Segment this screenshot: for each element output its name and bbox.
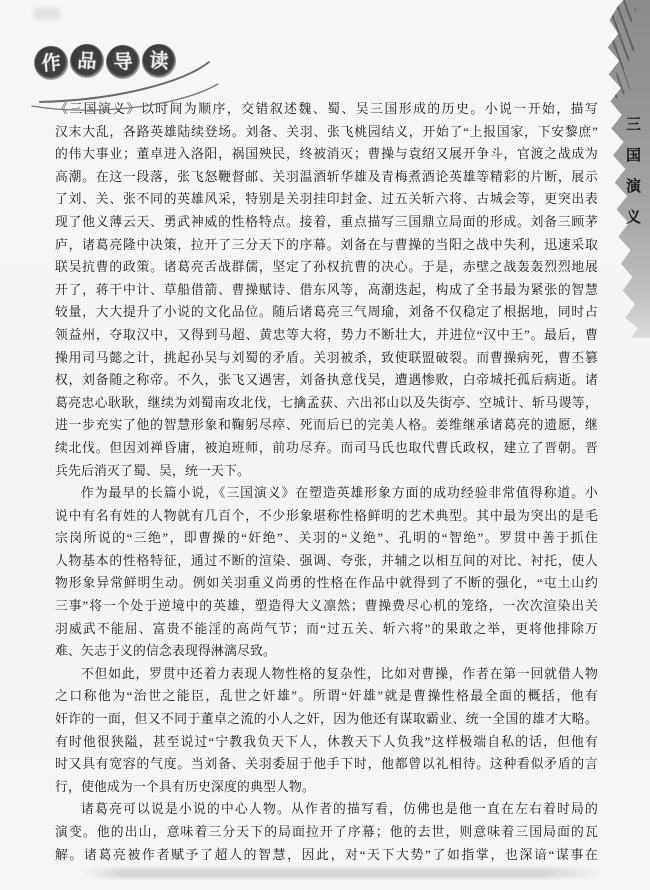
side-tab-book-title: 三国演义 <box>622 116 643 240</box>
text-line: 不但如此，罗贯中还着力表现人物性格的复杂性，比如对曹操，作者在第一回就借人物 <box>55 663 598 686</box>
book-page: 作品导读 《三国演义》以时间为顺序，交错叙述魏、蜀、吴三国形成的历史。小说一开始… <box>0 0 650 890</box>
text-line: 宗岗所说的“三绝”，即曹操的“奸绝”、关羽的“义绝”、孔明的“智绝”。罗贯中善于… <box>55 527 598 550</box>
text-line: 演变。他的出山，意味着三分天下的局面拉开了序幕；他的去世，则意味着三国局面的瓦 <box>55 821 598 844</box>
text-line: 庐，诸葛亮隆中决策，拉开了三分天下的序幕。刘备在与曹操的当阳之战中失利，迅速采取 <box>55 234 598 257</box>
text-line: 操用司马懿之计，挑起孙吴与刘蜀的矛盾。关羽被杀，致使联盟破裂。而曹操病死，曹丕篡 <box>55 347 598 370</box>
title-ink-blob: 作 <box>33 45 70 82</box>
title-char: 读 <box>149 51 169 71</box>
text-line: 领益州，夺取汉中，又得到马超、黄忠等大将，势力不断壮大，并进位“汉中王”。最后，… <box>55 324 598 347</box>
text-line: 续北伐。但因刘禅昏庸，被迫班师，前功尽弃。而司马氏也取代曹氏政权，建立了晋朝。晋 <box>55 437 598 460</box>
text-line: 解。诸葛亮被作者赋予了超人的智慧，因此，对“天下大势”了如指掌，也深谙“谋事在 <box>55 844 598 867</box>
text-line: 说中有名有姓的人物就有几百个，不少形象堪称性格鲜明的艺术典型。其中最为突出的是毛 <box>55 505 598 528</box>
text-line: 开了，蒋干中计、草船借箭、曹操赋诗、借东风等，高潮迭起，构成了全书最为紧张的智慧 <box>55 279 598 302</box>
scan-smudge-top-left <box>34 8 60 20</box>
paragraph: 《三国演义》以时间为顺序，交错叙述魏、蜀、吴三国形成的历史。小说一开始，描写汉末… <box>55 98 598 482</box>
text-line: 行，使他成为一个具有历史深度的典型人物。 <box>55 776 598 799</box>
text-line: 汉末大乱，各路英雄陆续登场。刘备、关羽、张飞桃园结义，开始了“上报国家，下安黎庶… <box>55 121 598 144</box>
text-line: 联吴抗曹的政策。诸葛亮舌战群儒，坚定了孙权抗曹的决心。于是，赤壁之战轰轰烈烈地展 <box>55 256 598 279</box>
paragraph: 作为最早的长篇小说，《三国演义》在塑造英雄形象方面的成功经验非常值得称道。小说中… <box>55 482 598 663</box>
text-line: 较量，大大提升了小说的文化品位。随后诸葛亮三气周瑜，刘备不仅稳定了根据地，同时占 <box>55 301 598 324</box>
title-char: 作 <box>41 53 62 74</box>
title-ink-blob: 读 <box>141 43 177 79</box>
text-line: 作为最早的长篇小说，《三国演义》在塑造英雄形象方面的成功经验非常值得称道。小 <box>55 482 598 505</box>
paragraph: 诸葛亮可以说是小说的中心人物。从作者的描写看，仿佛也是他一直在左右着时局的演变。… <box>55 798 598 866</box>
text-line: 人物基本的性格特征，通过不断的渲染、强调、夸张，并辅之以相互间的对比、衬托，使人 <box>55 550 598 573</box>
header-title-calligraphy: 作品导读 <box>34 44 244 78</box>
text-line: 葛亮忠心耿耿，继续为刘蜀南攻北伐，七擒孟获、六出祁山以及失街亭、空城计、斩马谡等… <box>55 392 598 415</box>
text-line: 的伟大事业；董卓进入洛阳，祸国殃民，终被消灭；曹操与袁绍又展开争斗，官渡之战成为 <box>55 143 598 166</box>
section-header: 作品导读 <box>34 44 244 114</box>
text-line: 高潮。在这一段落，张飞怒鞭督邮、关羽温酒斩华雄及青梅煮酒论英雄等精彩的片断，展示 <box>55 166 598 189</box>
ink-streaks-decoration <box>608 0 637 100</box>
text-line: 进一步充实了他的智慧形象和鞠躬尽瘁、死而后已的完美人格。姜维继承诸葛亮的遗愿，继 <box>55 414 598 437</box>
text-line: 了刘、关、张不同的英雄风采，特别是关羽挂印封金、过五关斩六将、古城会等，更突出表 <box>55 188 598 211</box>
text-line: 兵先后消灭了蜀、吴，统一天下。 <box>55 460 598 483</box>
text-line: 三事”将一个处于逆境中的英雄，塑造得大义凛然；曹操费尽心机的笼络，一次次渲染出关 <box>55 595 598 618</box>
scan-smudge-bottom <box>82 868 604 878</box>
text-line: 羽威武不能屈、富贵不能淫的高尚气节；而“过五关、斩六将”的果敢之举，更将他排除万 <box>55 618 598 641</box>
text-line: 时又具有宽容的气度。当刘备、关羽委屈于他手下时，他都曾以礼相待。这种看似矛盾的言 <box>55 753 598 776</box>
title-ink-blob: 品 <box>69 43 105 79</box>
text-line: 之口称他为“治世之能臣，乱世之奸雄”。所谓“奸雄”就是曹操性格最全面的概括，他有 <box>55 685 598 708</box>
text-line: 诸葛亮可以说是小说的中心人物。从作者的描写看，仿佛也是他一直在左右着时局的 <box>55 798 598 821</box>
title-char: 品 <box>77 51 97 71</box>
text-line: 物形象异常鲜明生动。例如关羽重义尚勇的性格在作品中就得到了不断的强化，“屯土山约 <box>55 572 598 595</box>
text-line: 难、矢志于义的信念表现得淋漓尽致。 <box>55 640 598 663</box>
paragraph: 不但如此，罗贯中还着力表现人物性格的复杂性，比如对曹操，作者在第一回就借人物之口… <box>55 663 598 799</box>
text-line: 有时他很狭隘，甚至说过“宁教我负天下人，休教天下人负我”这样极端自私的话，但他有 <box>55 731 598 754</box>
title-char: 导 <box>113 52 133 72</box>
text-line: 现了他义薄云天、勇武神威的性格特点。接着，重点描写三国鼎立局面的形成。刘备三顾茅 <box>55 211 598 234</box>
body-text: 《三国演义》以时间为顺序，交错叙述魏、蜀、吴三国形成的历史。小说一开始，描写汉末… <box>55 98 598 866</box>
title-ink-blob: 导 <box>105 44 140 79</box>
text-line: 奸诈的一面，但又不同于董卓之流的小人之奸，因为他还有谋取霸业、统一全国的雄才大略… <box>55 708 598 731</box>
text-line: 权，刘备随之称帝。不久，张飞又遇害，刘备执意伐吴，遭遇惨败，白帝城托孤后病逝。诸 <box>55 369 598 392</box>
